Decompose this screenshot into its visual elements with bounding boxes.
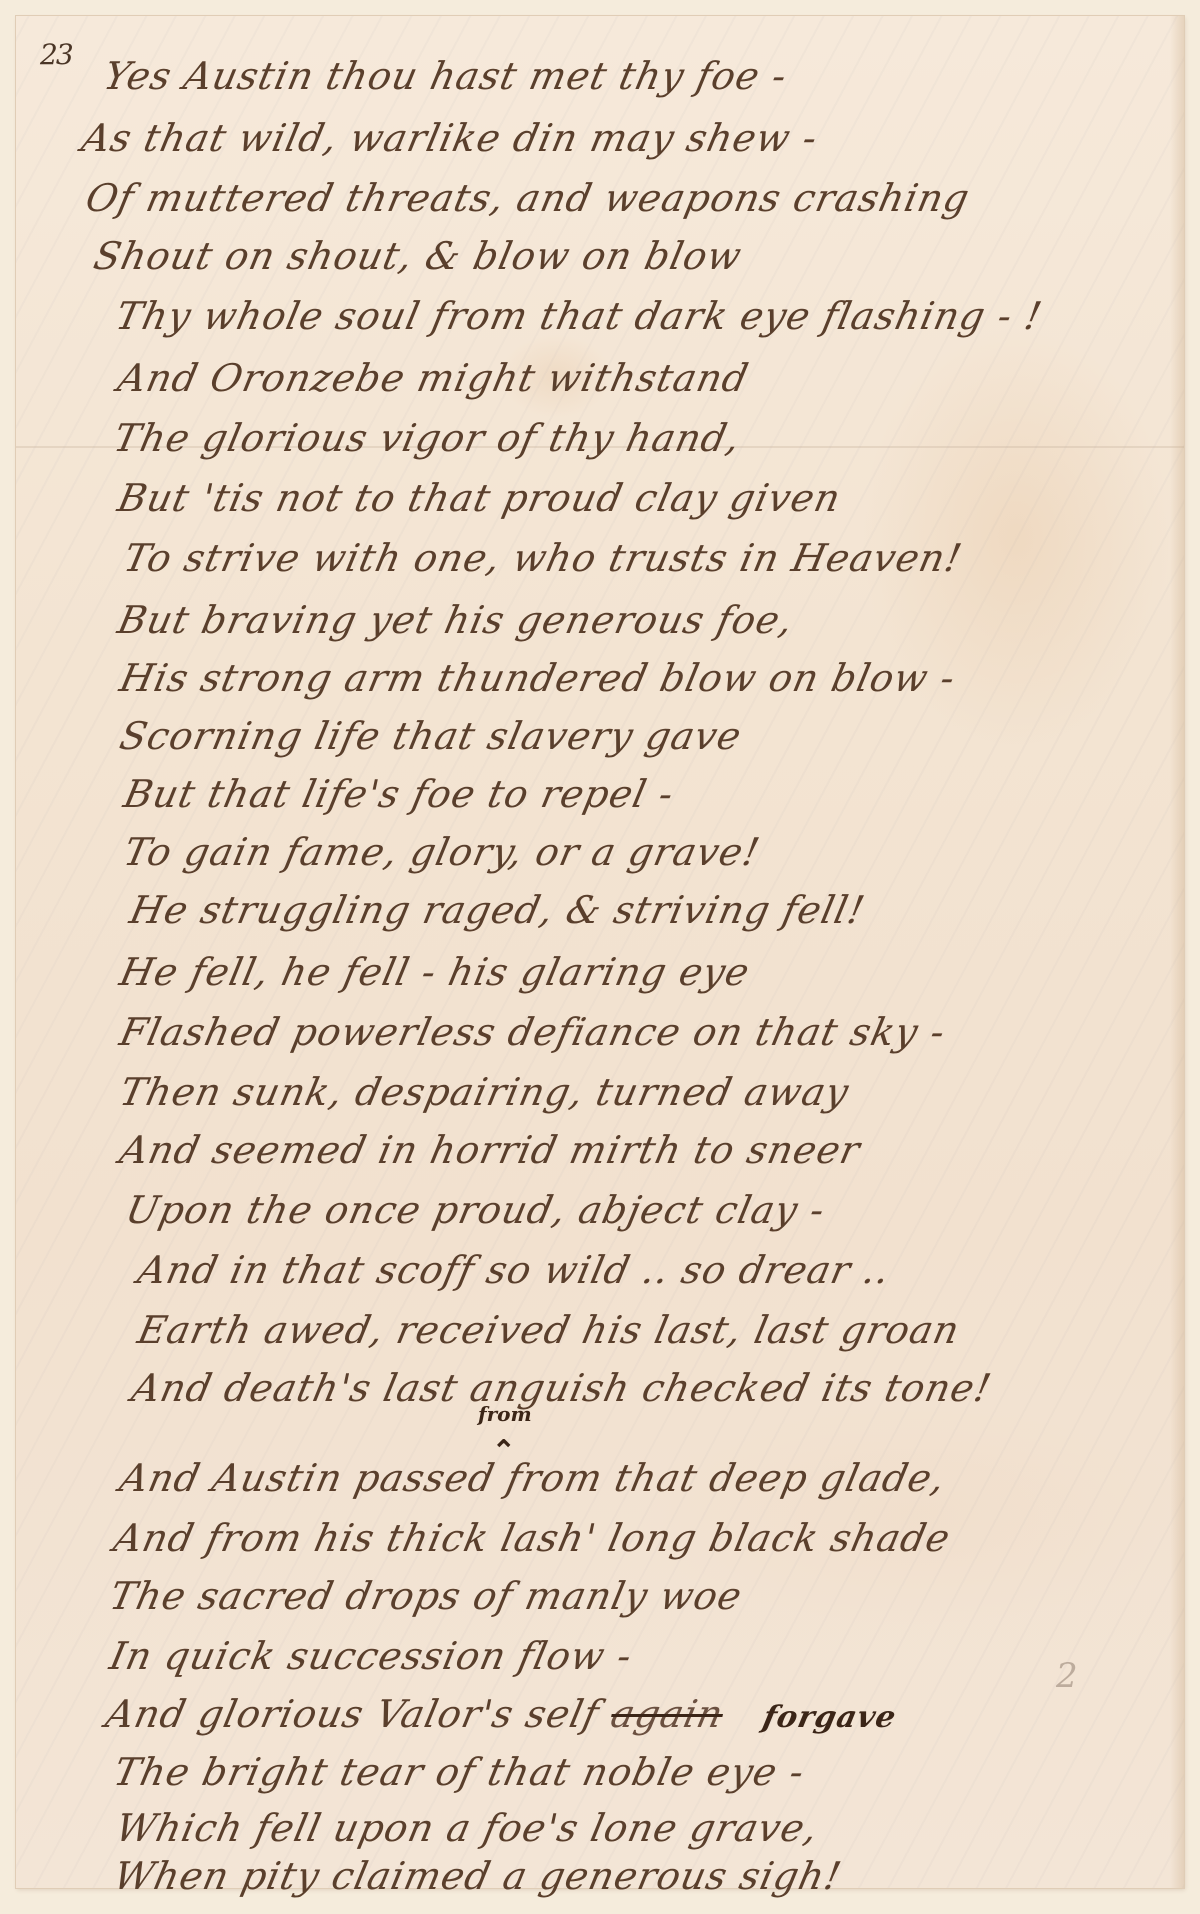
- poem-line: Scorning life that slavery gave: [116, 714, 746, 758]
- poem-line: And death's last anguish checked its ton…: [128, 1366, 996, 1410]
- poem-line: Of muttered threats, and weapons crashin…: [82, 176, 974, 220]
- poem-line: Earth awed, received his last, last groa…: [134, 1308, 964, 1352]
- poem-line: When pity claimed a generous sigh!: [110, 1854, 846, 1898]
- poem-line: Yes Austin thou hast met thy foe -: [100, 54, 791, 98]
- manuscript-mount: 23 2 Yes Austin thou hast met thy foe - …: [0, 0, 1200, 1914]
- poem-body: Yes Austin thou hast met thy foe - As th…: [16, 16, 1184, 1888]
- poem-line: And seemed in horrid mirth to sneer: [116, 1128, 865, 1172]
- poem-line: And glorious Valor's self again forgave: [102, 1692, 901, 1736]
- poem-line: Which fell upon a foe's lone grave,: [112, 1806, 822, 1850]
- poem-line: To gain fame, glory, or a grave!: [120, 830, 764, 874]
- struck-word: again: [607, 1692, 728, 1736]
- poem-line: And Oronzebe might withstand: [114, 356, 753, 400]
- poem-line: But that life's foe to repel -: [120, 772, 678, 816]
- manuscript-page: 23 2 Yes Austin thou hast met thy foe - …: [16, 16, 1184, 1888]
- poem-line: His strong arm thundered blow on blow -: [116, 656, 960, 700]
- poem-line: But braving yet his generous foe,: [114, 598, 798, 642]
- poem-line: To strive with one, who trusts in Heaven…: [120, 536, 966, 580]
- poem-line: But 'tis not to that proud clay given: [114, 476, 845, 520]
- poem-line: Upon the once proud, abject clay -: [122, 1188, 829, 1232]
- poem-line: And from his thick lash' long black shad…: [110, 1516, 955, 1560]
- poem-line: And in that scoff so wild .. so drear ..: [134, 1248, 894, 1292]
- poem-line: The bright tear of that noble eye -: [110, 1750, 809, 1794]
- poem-line: In quick succession flow -: [106, 1634, 636, 1678]
- poem-line: The sacred drops of manly woe: [106, 1574, 746, 1618]
- poem-line: Shout on shout, & blow on blow: [90, 234, 746, 278]
- poem-line: He struggling raged, & striving fell!: [126, 888, 869, 932]
- inserted-word: from: [478, 1402, 532, 1426]
- poem-line: The glorious vigor of thy hand,: [110, 416, 745, 460]
- poem-line: Flashed powerless defiance on that sky -: [116, 1010, 950, 1054]
- poem-line-text: And glorious Valor's self: [102, 1692, 603, 1736]
- poem-line: Then sunk, despairing, turned away: [116, 1070, 853, 1114]
- poem-line: And Austin passed from that deep glade,: [116, 1456, 950, 1500]
- poem-line: Thy whole soul from that dark eye flashi…: [112, 294, 1046, 338]
- poem-line: As that wild, warlike din may shew -: [78, 116, 822, 160]
- revised-word: forgave: [760, 1700, 900, 1735]
- poem-line: He fell, he fell - his glaring eye: [116, 950, 754, 994]
